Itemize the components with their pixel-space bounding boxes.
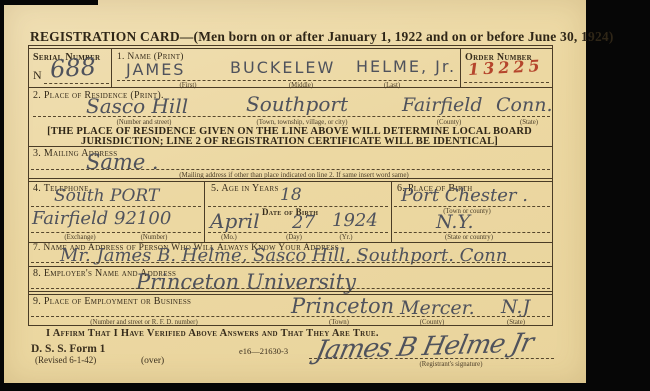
dob-day-value: 27 [292,212,315,233]
registration-card: REGISTRATION CARD—(Men born on or after … [4,0,586,383]
employment-town-value: Princeton [291,294,394,318]
birth-town-value: Port Chester . [401,185,528,206]
dob-year-sub-label: (Yr.) [326,234,366,241]
birth-state-sub-label: (State or country) [424,234,514,241]
over-note: (over) [141,356,164,366]
dob-day-sub-label: (Day) [274,234,314,241]
telephone-exchange-value: South PORT [54,186,159,206]
name-first-value: JAMES [126,60,185,79]
telephone-number-value: Fairfield 92100 [32,208,171,229]
print-code: e16—21630-3 [239,346,288,356]
residence-street-value: Sasco Hill [86,94,188,118]
age-label: 5. Age in Years [211,183,279,194]
residence-state-sub-label: (State) [504,119,554,126]
card-title: REGISTRATION CARD—(Men born on or after … [30,29,614,45]
telephone-exchange-sub-label: (Exchange) [54,234,106,241]
name-last-value: HELME, Jr. [356,57,456,76]
signature-sub-label: (Registrant's signature) [392,361,510,368]
telephone-number-sub-label: (Number) [129,234,179,241]
scanned-registration-card-page: REGISTRATION CARD—(Men born on or after … [0,0,650,391]
residence-town-sub-label: (Town, township, village, or city) [227,119,377,126]
dob-month-value: April [210,209,260,233]
mailing-value: Same . [86,150,159,174]
residence-street-sub-label: (Number and street) [94,119,194,126]
serial-prefix: N [33,68,42,83]
employment-label: 9. Place of Employment or Business [33,296,191,307]
residence-town-value: Southport [246,92,348,116]
dob-month-sub-label: (Mo.) [209,234,249,241]
birth-state-value: N.Y. [436,211,474,233]
age-value: 18 [280,185,302,205]
residence-county-value: Fairfield [402,94,483,116]
serial-number-value: 688 [49,52,97,83]
form-revision: (Revised 6-1-42) [35,355,96,365]
name-middle-value: BUCKELEW [230,58,335,77]
residence-state-value: Conn. [496,94,553,116]
form-number: D. S. S. Form 1 [31,343,105,355]
residence-county-sub-label: (County) [419,119,479,126]
order-number-value: 13225 [468,56,545,79]
employment-state-value: N.J [501,296,530,318]
scan-edge-artifact [0,0,98,5]
table-right-border [552,45,553,326]
dob-year-value: 1924 [332,210,378,231]
